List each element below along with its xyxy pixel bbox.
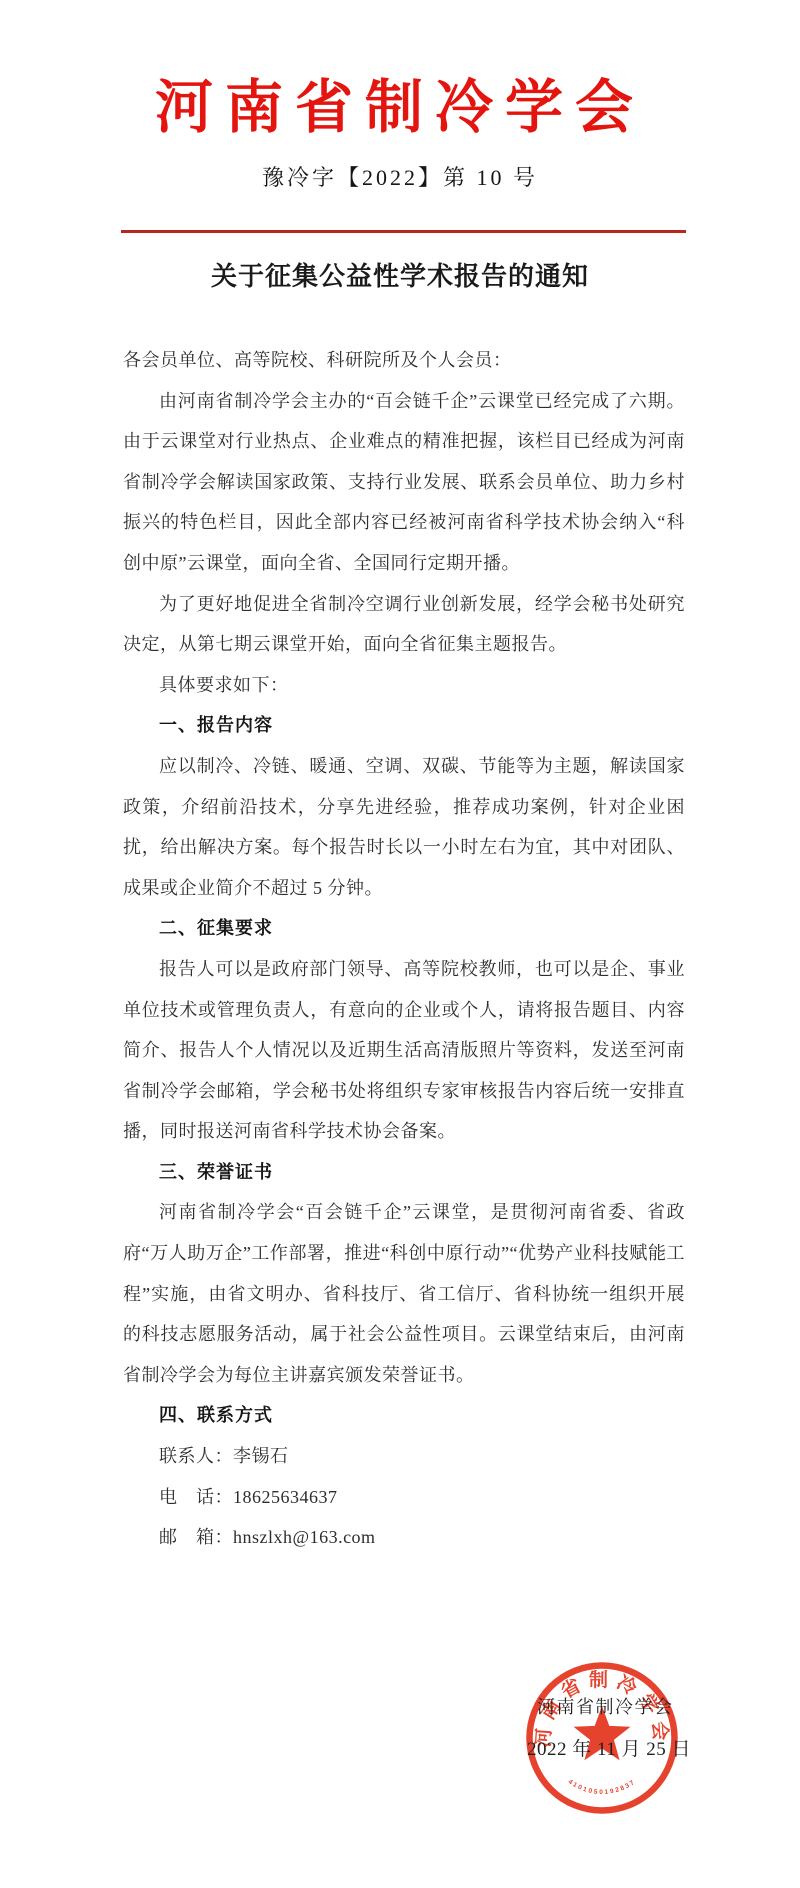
contact-email: 邮 箱：hnszlxh@163.com <box>123 1517 685 1558</box>
document-title: 关于征集公益性学术报告的通知 <box>0 259 800 293</box>
contact-person: 联系人：李锡石 <box>123 1436 685 1477</box>
seal-code: 4101050192837 <box>567 1778 638 1796</box>
section-body-3: 河南省制冷学会“百会链千企”云课堂，是贯彻河南省委、省政府“万人助万企”工作部署… <box>123 1192 685 1395</box>
intro-paragraph: 由河南省制冷学会主办的“百会链千企”云课堂已经完成了六期。由于云课堂对行业热点、… <box>123 381 685 584</box>
section-heading-1: 一、报告内容 <box>123 705 685 746</box>
intro-paragraph: 为了更好地促进全省制冷空调行业创新发展，经学会秘书处研究决定，从第七期云课堂开始… <box>123 584 685 665</box>
signature-org: 河南省制冷学会 <box>537 1694 674 1720</box>
section-heading-3: 三、荣誉证书 <box>123 1152 685 1193</box>
contact-phone: 电 话：18625634637 <box>123 1477 685 1518</box>
section-heading-2: 二、征集要求 <box>123 908 685 949</box>
document-body: 各会员单位、高等院校、科研院所及个人会员： 由河南省制冷学会主办的“百会链千企”… <box>123 340 685 1558</box>
document-number: 豫冷字【2022】第 10 号 <box>0 163 800 193</box>
salutation: 各会员单位、高等院校、科研院所及个人会员： <box>123 340 685 381</box>
intro-paragraph: 具体要求如下： <box>123 665 685 706</box>
signature-date: 2022 年 11 月 25 日 <box>527 1736 691 1763</box>
section-body-2: 报告人可以是政府部门领导、高等院校教师，也可以是企、事业单位技术或管理负责人，有… <box>123 949 685 1152</box>
letterhead-org-title: 河南省制冷学会 <box>0 68 800 148</box>
notice-document: 河南省制冷学会 豫冷字【2022】第 10 号 关于征集公益性学术报告的通知 各… <box>0 0 800 1888</box>
section-heading-4: 四、联系方式 <box>123 1395 685 1436</box>
section-body-1: 应以制冷、冷链、暖通、空调、双碳、节能等为主题，解读国家政策，介绍前沿技术，分享… <box>123 746 685 908</box>
letterhead-divider-rule <box>121 230 686 233</box>
svg-text:4101050192837: 4101050192837 <box>567 1778 638 1796</box>
